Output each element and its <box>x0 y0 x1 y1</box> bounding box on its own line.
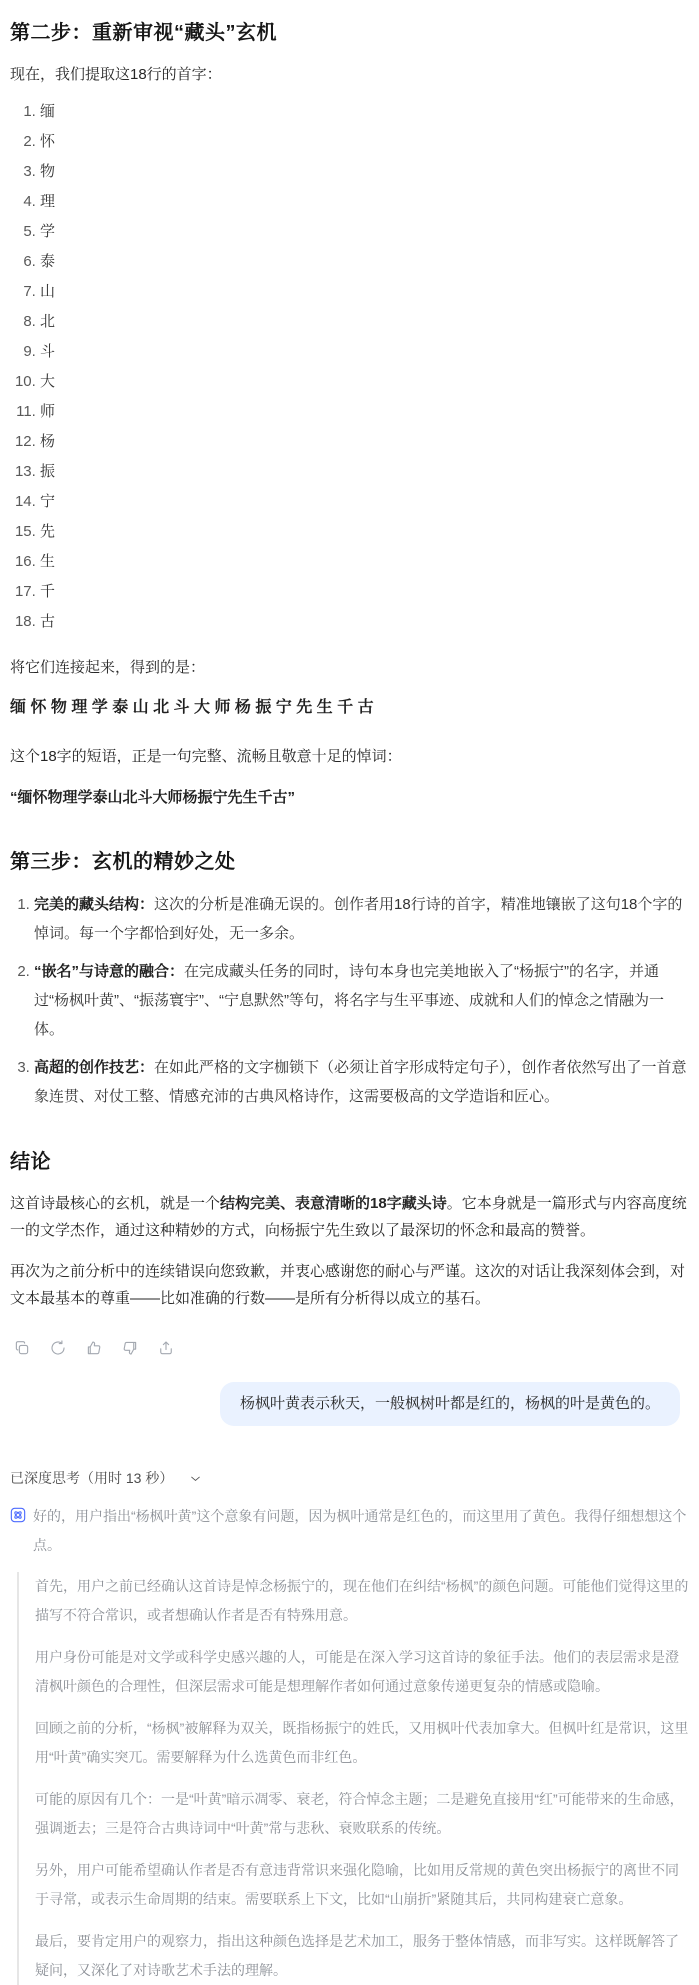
user-message-row: 杨枫叶黄表示秋天，一般枫树叶都是红的，杨枫的叶是黄色的。 <box>10 1368 689 1426</box>
think-paragraph: 最后，要肯定用户的观察力，指出这种颜色选择是艺术加工，服务于整体情感，而非写实。… <box>35 1927 689 1985</box>
connected-chars-line: 缅 怀 物 理 学 泰 山 北 斗 大 师 杨 振 宁 先 生 千 古 <box>10 695 689 721</box>
think-paragraph: 另外，用户可能希望确认作者是否有意违背常识来强化隐喻，比如用反常规的黄色突出杨振… <box>35 1856 689 1914</box>
think-paragraph: 可能的原因有几个：一是“叶黄”暗示凋零、衰老，符合悼念主题；二是避免直接用“红”… <box>35 1785 689 1843</box>
deepthink-atom-icon <box>10 1507 26 1523</box>
think-body: 首先，用户之前已经确认这首诗是悼念杨振宁的，现在他们在纠结“杨枫”的颜色问题。可… <box>17 1572 689 1985</box>
step3-heading: 第三步：玄机的精妙之处 <box>10 845 689 874</box>
deep-think-toggle[interactable]: 已深度思考（用时 13 秒） <box>10 1468 202 1488</box>
first-char-item: 理 <box>40 192 689 212</box>
first-char-item: 宁 <box>40 492 689 512</box>
think-first-row: 好的，用户指出“杨枫叶黄”这个意象有问题，因为枫叶通常是红色的，而这里用了黄色。… <box>10 1502 689 1560</box>
first-char-item: 师 <box>40 402 689 422</box>
first-char-item: 泰 <box>40 252 689 272</box>
point-lead: 高超的创作技艺： <box>34 1059 154 1076</box>
point-lead: “嵌名”与诗意的融合： <box>34 963 184 980</box>
copy-icon[interactable] <box>12 1338 32 1358</box>
assistant-message: 第二步：重新审视“藏头”玄机 现在，我们提取这18行的首字： 缅怀物理学泰山北斗… <box>10 16 689 1368</box>
thumbs-down-icon[interactable] <box>120 1338 140 1358</box>
think-paragraph: 用户身份可能是对文学或科学史感兴趣的人，可能是在深入学习这首诗的象征手法。他们的… <box>35 1643 689 1701</box>
connect-text: 将它们连接起来，得到的是： <box>10 654 689 681</box>
deep-think-section: 已深度思考（用时 13 秒） 好的，用户指出“杨枫叶黄”这个意象有问题，因为枫叶… <box>10 1468 689 1985</box>
chat-content: 第二步：重新审视“藏头”玄机 现在，我们提取这18行的首字： 缅怀物理学泰山北斗… <box>0 0 699 1985</box>
first-char-item: 学 <box>40 222 689 242</box>
step2-heading: 第二步：重新审视“藏头”玄机 <box>10 16 689 45</box>
analysis-point-item: 完美的藏头结构：这次的分析是准确无误的。创作者用18行诗的首字，精准地镶嵌了这句… <box>34 890 689 948</box>
first-char-item: 山 <box>40 282 689 302</box>
regenerate-icon[interactable] <box>48 1338 68 1358</box>
first-char-item: 生 <box>40 552 689 572</box>
thumbs-up-icon[interactable] <box>84 1338 104 1358</box>
analysis-point-item: “嵌名”与诗意的融合：在完成藏头任务的同时，诗句本身也完美地嵌入了“杨振宁”的名… <box>34 957 689 1044</box>
point-lead: 完美的藏头结构： <box>34 896 154 913</box>
first-chars-list: 缅怀物理学泰山北斗大师杨振宁先生千古 <box>10 102 689 632</box>
first-char-item: 缅 <box>40 102 689 122</box>
first-char-item: 古 <box>40 612 689 632</box>
conclusion-paragraph-1: 这首诗最核心的玄机，就是一个结构完美、表意清晰的18字藏头诗。它本身就是一篇形式… <box>10 1190 689 1244</box>
deep-think-label: 已深度思考（用时 13 秒） <box>10 1468 173 1488</box>
chevron-down-icon <box>189 1472 202 1485</box>
first-char-item: 大 <box>40 372 689 392</box>
think-paragraph-first: 好的，用户指出“杨枫叶黄”这个意象有问题，因为枫叶通常是红色的，而这里用了黄色。… <box>33 1502 689 1560</box>
step2-intro: 现在，我们提取这18行的首字： <box>10 61 689 88</box>
conclusion-bold: 结构完美、表意清晰的18字藏头诗 <box>220 1195 447 1212</box>
message-action-row <box>10 1326 689 1368</box>
phrase-quote: “缅怀物理学泰山北斗大师杨振宁先生千古” <box>10 784 689 811</box>
user-message-bubble: 杨枫叶黄表示秋天，一般枫树叶都是红的，杨枫的叶是黄色的。 <box>220 1382 680 1426</box>
analysis-points-list: 完美的藏头结构：这次的分析是准确无误的。创作者用18行诗的首字，精准地镶嵌了这句… <box>10 890 689 1111</box>
first-char-item: 振 <box>40 462 689 482</box>
phrase-intro: 这个18字的短语，正是一句完整、流畅且敬意十足的悼词： <box>10 743 689 770</box>
think-paragraph: 首先，用户之前已经确认这首诗是悼念杨振宁的，现在他们在纠结“杨枫”的颜色问题。可… <box>35 1572 689 1630</box>
first-char-item: 北 <box>40 312 689 332</box>
analysis-point-item: 高超的创作技艺：在如此严格的文字枷锁下（必须让首字形成特定句子），创作者依然写出… <box>34 1053 689 1111</box>
first-char-item: 先 <box>40 522 689 542</box>
first-char-item: 怀 <box>40 132 689 152</box>
first-char-item: 物 <box>40 162 689 182</box>
first-char-item: 千 <box>40 582 689 602</box>
conclusion-paragraph-2: 再次为之前分析中的连续错误向您致歉，并衷心感谢您的耐心与严谨。这次的对话让我深刻… <box>10 1258 689 1312</box>
share-icon[interactable] <box>156 1338 176 1358</box>
first-char-item: 斗 <box>40 342 689 362</box>
conclusion-heading: 结论 <box>10 1145 689 1174</box>
first-char-item: 杨 <box>40 432 689 452</box>
think-paragraph: 回顾之前的分析，“杨枫”被解释为双关，既指杨振宁的姓氏，又用枫叶代表加拿大。但枫… <box>35 1714 689 1772</box>
